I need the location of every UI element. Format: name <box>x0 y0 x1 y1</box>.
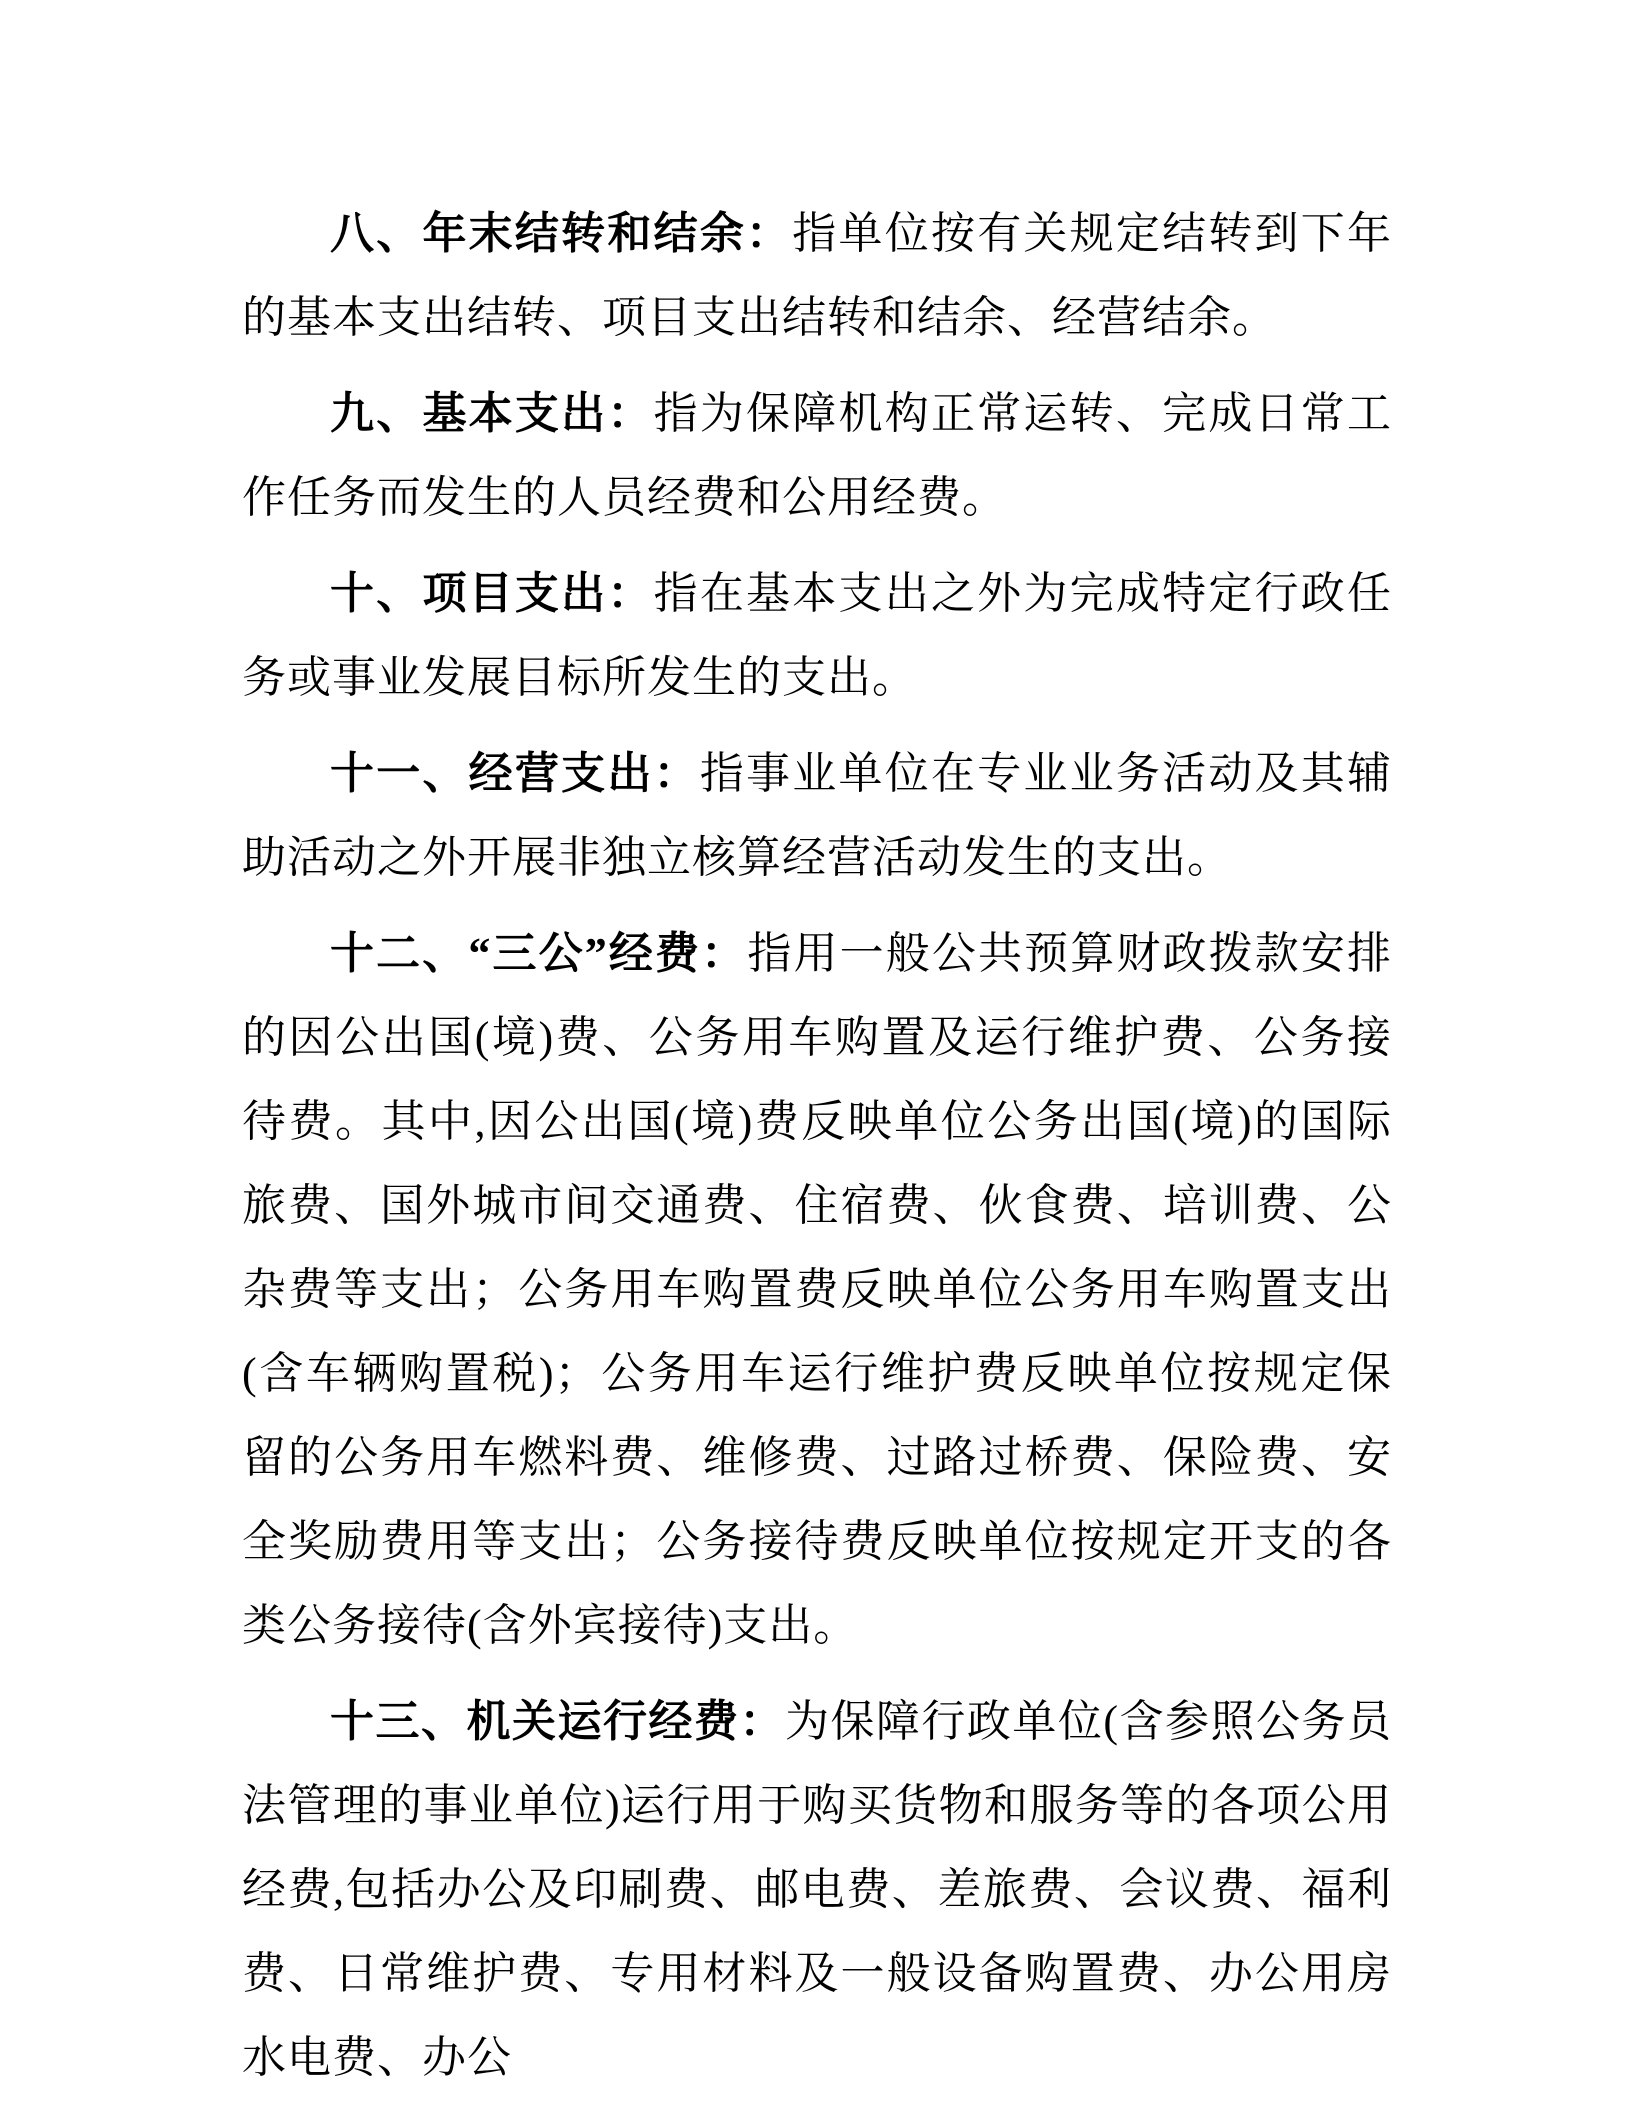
document-page: 八、年末结转和结余：指单位按有关规定结转到下年的基本支出结转、项目支出结转和结余… <box>0 0 1632 2112</box>
term-label: 十一、经营支出： <box>330 749 700 798</box>
definition-paragraph: 十一、经营支出：指事业单位在专业业务活动及其辅助活动之外开展非独立核算经营活动发… <box>242 732 1392 900</box>
definition-paragraph: 十二、“三公”经费：指用一般公共预算财政拨款安排的因公出国(境)费、公务用车购置… <box>242 912 1392 1668</box>
term-definition: 为保障行政单位(含参照公务员法管理的事业单位)运行用于购买货物和服务等的各项公用… <box>242 1697 1392 2082</box>
term-label: 十、项目支出： <box>330 569 654 618</box>
term-label: 十三、机关运行经费： <box>330 1697 785 1746</box>
definition-paragraph: 八、年末结转和结余：指单位按有关规定结转到下年的基本支出结转、项目支出结转和结余… <box>242 192 1392 360</box>
term-label: 八、年末结转和结余： <box>330 209 792 258</box>
term-label: 九、基本支出： <box>330 389 654 438</box>
definition-paragraph: 九、基本支出：指为保障机构正常运转、完成日常工作任务而发生的人员经费和公用经费。 <box>242 372 1392 540</box>
term-label: 十二、“三公”经费： <box>330 929 747 978</box>
definition-paragraph: 十三、机关运行经费：为保障行政单位(含参照公务员法管理的事业单位)运行用于购买货… <box>242 1680 1392 2100</box>
document-body: 八、年末结转和结余：指单位按有关规定结转到下年的基本支出结转、项目支出结转和结余… <box>242 192 1392 2100</box>
term-definition: 指用一般公共预算财政拨款安排的因公出国(境)费、公务用车购置及运行维护费、公务接… <box>242 929 1392 1650</box>
definition-paragraph: 十、项目支出：指在基本支出之外为完成特定行政任务或事业发展目标所发生的支出。 <box>242 552 1392 720</box>
